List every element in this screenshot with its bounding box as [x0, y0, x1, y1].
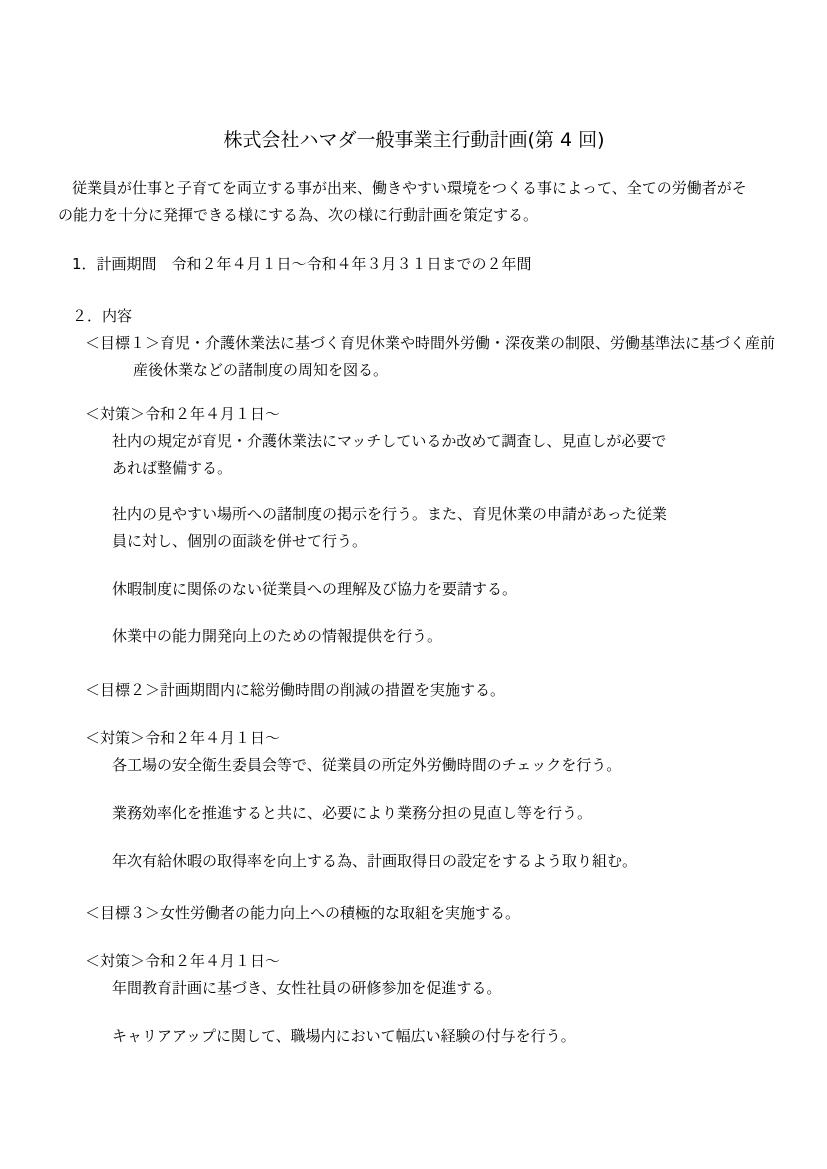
goal-heading-line: ＜目標２＞計画期間内に総労働時間の削減の措置を実施する。 — [58, 677, 770, 704]
measures-heading: ＜対策＞令和２年４月１日～ — [58, 948, 770, 975]
measure-line: あれば整備する。 — [58, 455, 770, 482]
intro-line: の能力を十分に発揮できる様にする為、次の様に行動計画を策定する。 — [58, 202, 770, 229]
goal-1-block: ＜目標１＞育児・介護休業法に基づく育児休業や時間外労働・深夜業の制限、労働基準法… — [58, 330, 770, 650]
measures-heading: ＜対策＞令和２年４月１日～ — [58, 401, 770, 428]
measure-line: 社内の規定が育児・介護休業法にマッチしているか改めて調査し、見直しが必要で — [58, 428, 770, 455]
document-page: 株式会社ハマダ一般事業主行動計画(第 4 回) 従業員が仕事と子育てを両立する事… — [0, 0, 827, 1169]
intro-line: 従業員が仕事と子育てを両立する事が出来、働きやすい環境をつくる事によって、全ての… — [58, 175, 770, 202]
intro-paragraph: 従業員が仕事と子育てを両立する事が出来、働きやすい環境をつくる事によって、全ての… — [58, 175, 770, 229]
goal-heading-line: ＜目標１＞育児・介護休業法に基づく育児休業や時間外労働・深夜業の制限、労働基準法… — [58, 330, 770, 357]
measures-1-block: ＜対策＞令和２年４月１日～ 社内の規定が育児・介護休業法にマッチしているか改めて… — [58, 401, 770, 482]
goal-heading-line: ＜目標３＞女性労働者の能力向上への積極的な取組を実施する。 — [58, 900, 770, 927]
measure-line: キャリアアップに関して、職場内において幅広い経験の付与を行う。 — [58, 1023, 770, 1050]
plan-period-item: 1．計画期間 令和２年４月１日～令和４年３月３１日までの２年間 — [58, 251, 770, 278]
goal-heading-continuation: 産後休業などの諸制度の周知を図る。 — [58, 357, 770, 384]
measure-line: 員に対し、個別の面談を併せて行う。 — [58, 528, 770, 555]
measure-line: 社内の見やすい場所への諸制度の掲示を行う。また、育児休業の申請があった従業 — [58, 501, 770, 528]
measure-line: 業務効率化を推進すると共に、必要により業務分担の見直し等を行う。 — [58, 800, 770, 827]
measure-line: 休業中の能力開発向上のための情報提供を行う。 — [58, 623, 770, 650]
measure-line: 年間教育計画に基づき、女性社員の研修参加を促進する。 — [58, 975, 770, 1002]
measures-heading: ＜対策＞令和２年４月１日～ — [58, 725, 770, 752]
measures-2-block: ＜対策＞令和２年４月１日～ 各工場の安全衛生委員会等で、従業員の所定外労働時間の… — [58, 725, 770, 779]
measure-paragraph: 社内の見やすい場所への諸制度の掲示を行う。また、育児休業の申請があった従業 員に… — [58, 501, 770, 555]
goal-2-block: ＜目標２＞計画期間内に総労働時間の削減の措置を実施する。 ＜対策＞令和２年４月１… — [58, 677, 770, 875]
measure-line: 年次有給休暇の取得率を向上する為、計画取得日の設定をするよう取り組む。 — [58, 848, 770, 875]
measures-3-block: ＜対策＞令和２年４月１日～ 年間教育計画に基づき、女性社員の研修参加を促進する。 — [58, 948, 770, 1002]
measure-line: 休暇制度に関係のない従業員への理解及び協力を要請する。 — [58, 576, 770, 603]
contents-item: ２．内容 — [58, 303, 770, 330]
page-title: 株式会社ハマダ一般事業主行動計画(第 4 回) — [58, 127, 770, 154]
goal-3-block: ＜目標３＞女性労働者の能力向上への積極的な取組を実施する。 ＜対策＞令和２年４月… — [58, 900, 770, 1050]
measure-line: 各工場の安全衛生委員会等で、従業員の所定外労働時間のチェックを行う。 — [58, 752, 770, 779]
